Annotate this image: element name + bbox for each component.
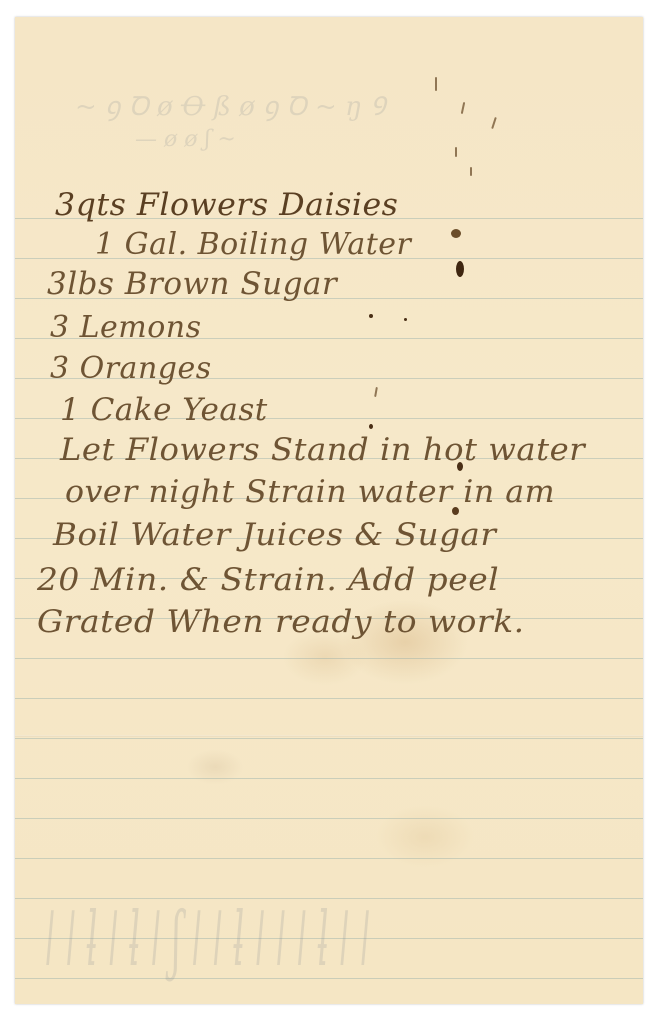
ink-spot <box>404 318 407 321</box>
recipe-paper: ~ ꝯ Ꝺ ø Ꝋ ß ø ꝯ Ꝺ ~ ŋ Ꝯ — ø ø ʃ ~ ǀ ǀ ƚ … <box>15 17 643 1004</box>
ingredient-line: 3 Lemons <box>50 310 202 345</box>
ruled-line <box>15 818 643 819</box>
ink-streak <box>461 102 465 114</box>
ink-streak <box>455 147 457 157</box>
ingredient-line: 3lbs Brown Sugar <box>47 266 337 302</box>
instruction-line: over night Strain water in am <box>65 474 555 510</box>
ruled-line <box>15 658 643 659</box>
paper-fold <box>15 735 643 737</box>
ink-spot <box>456 261 464 277</box>
ingredient-line: 1 Cake Yeast <box>60 392 268 428</box>
ingredient-line: 3qts Flowers Daisies <box>55 187 398 223</box>
ink-streak <box>470 167 472 176</box>
ruled-line <box>15 778 643 779</box>
ink-streak <box>374 387 378 397</box>
ruled-line <box>15 858 643 859</box>
ink-streak <box>435 77 437 91</box>
instruction-line: 20 Min. & Strain. Add peel <box>37 562 499 598</box>
bleed-through-top: — ø ø ʃ ~ <box>135 127 236 152</box>
bleed-through-bottom: ǀ ǀ ƚ ǀ ƚ ǀ ʃ ǀ ǀ ƚ ǀ ǀ ǀ ƚ ǀ ǀ <box>45 897 370 985</box>
instruction-line: Grated When ready to work. <box>37 604 525 640</box>
instruction-line: Let Flowers Stand in hot water <box>60 432 585 468</box>
ink-spot <box>369 424 373 429</box>
ruled-line <box>15 698 643 699</box>
ink-spot <box>369 314 373 318</box>
ink-spot <box>451 229 461 238</box>
instruction-line: Boil Water Juices & Sugar <box>53 517 496 553</box>
ingredient-line: 3 Oranges <box>50 351 212 386</box>
ruled-line <box>15 738 643 739</box>
bleed-through-top: ~ ꝯ Ꝺ ø Ꝋ ß ø ꝯ Ꝺ ~ ŋ Ꝯ <box>75 87 386 123</box>
ingredient-line: 1 Gal. Boiling Water <box>95 227 411 262</box>
ink-streak <box>491 117 497 129</box>
